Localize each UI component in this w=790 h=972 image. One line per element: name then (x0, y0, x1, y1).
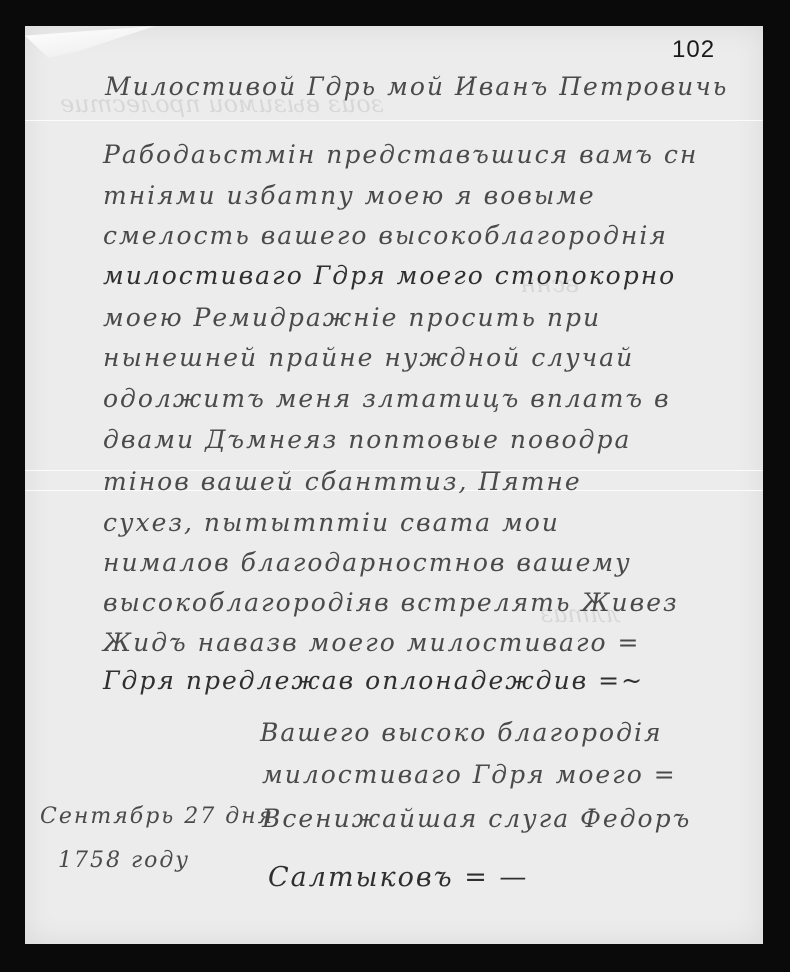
date-year: 1758 году (58, 848, 190, 873)
body-line: нималов благодарностнов вашему (103, 548, 632, 577)
body-line: тніями избатпу моею я вовыме (103, 181, 596, 210)
body-line: одолжитъ меня злтатицъ вплатъ в (103, 384, 671, 413)
body-line: моею Ремидражніе просить при (103, 303, 601, 332)
salutation-line: Милостивой Гдрь мой Иванъ Петровичь (105, 72, 728, 101)
signature-line: Всенижайшая слуга Федоръ (262, 804, 691, 833)
body-line: высокоблагородіяв встрелять Живез (103, 588, 679, 617)
body-line: нынешней прайне нуждной случай (103, 343, 634, 372)
body-line: двами Дъмнеяз поптовые поводра (103, 425, 631, 454)
signature-name: Салтыковъ = — (268, 862, 528, 893)
closing-line: милостиваго Гдря моего = (262, 760, 677, 789)
body-line: Гдря предлежав оплонадеждив =~ (103, 666, 644, 695)
date-line: Сентябрь 27 дня (40, 804, 274, 829)
body-line: тінов вашей сбанттиз, Пятне (103, 467, 582, 496)
closing-line: Вашего высоко благородія (260, 718, 663, 747)
body-line: милостиваго Гдря моего стопокорно (103, 261, 676, 290)
body-line: смелость вашего высокоблагороднія (103, 221, 668, 250)
page-number: 102 (672, 36, 715, 64)
body-line: Рабодаьстмін представъшися вамъ сн (103, 140, 698, 169)
paper-crease (25, 120, 763, 121)
body-line: Жидъ навазв моего милостиваго = (103, 628, 640, 657)
body-line: сухез, пытытптіи свата мои (103, 508, 560, 537)
